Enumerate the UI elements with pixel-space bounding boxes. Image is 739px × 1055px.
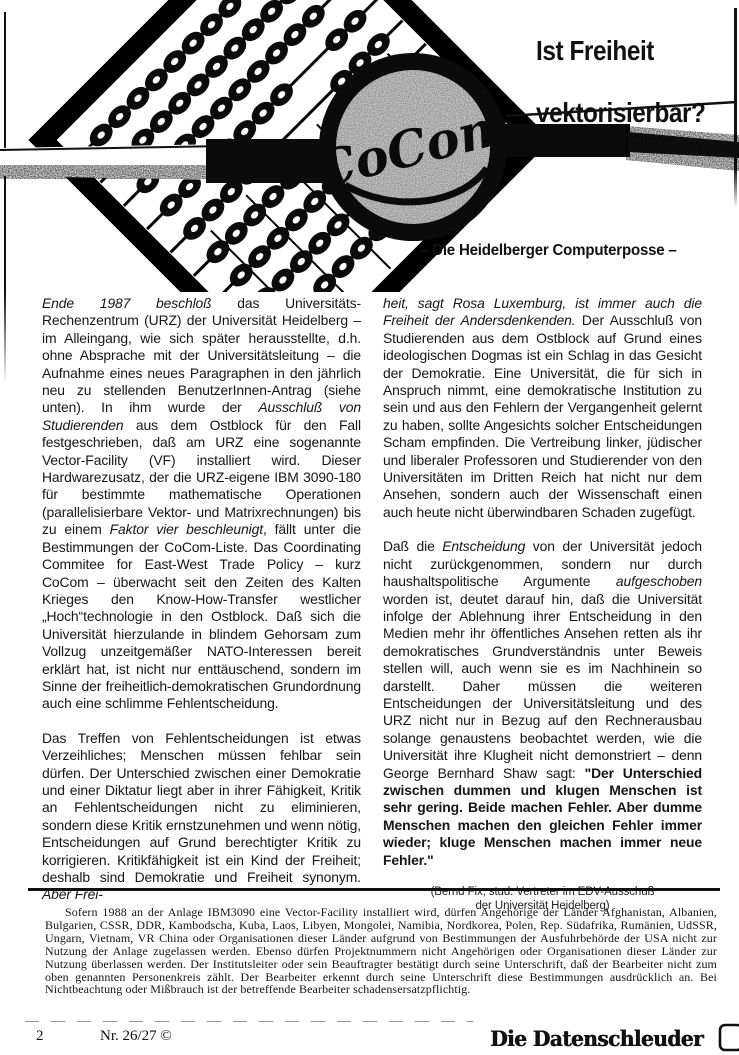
article-column-left: Ende 1987 beschloß das Universitäts-Rech… — [42, 295, 361, 921]
article-body: Ende 1987 beschloß das Universitäts-Rech… — [42, 295, 702, 921]
issue-number: Nr. 26/27 © — [100, 1028, 172, 1045]
headline-line-1: Ist Freiheit — [536, 36, 710, 66]
headline-line-2: vektorisierbar? — [536, 98, 710, 128]
section-divider-rule — [28, 888, 720, 891]
article-paragraph: Ende 1987 beschloß das Universitäts-Rech… — [42, 295, 361, 713]
article-paragraph: Daß die Entscheidung von der Universität… — [383, 538, 702, 869]
magazine-page: { "header": { "headline_line1": "Ist Fre… — [0, 0, 739, 1055]
magazine-logo: Die Datenschleuder — [490, 1022, 739, 1054]
page-number: 2 — [36, 1028, 44, 1045]
article-paragraph: heit, sagt Rosa Luxemburg, ist immer auc… — [383, 295, 702, 521]
paper-slinger-icon — [718, 1022, 739, 1054]
footer-rule — [25, 1021, 473, 1022]
article-column-right: heit, sagt Rosa Luxemburg, ist immer auc… — [383, 295, 702, 921]
footnote-text: Sofern 1988 an der Anlage IBM3090 eine V… — [45, 906, 717, 996]
subtitle: – Die Heidelberger Computerposse – — [420, 242, 721, 260]
magazine-logo-text: Die Datenschleuder — [490, 1026, 703, 1051]
article-paragraph: Das Treffen von Fehlentscheidungen ist e… — [42, 730, 361, 904]
page-title: Ist Freiheit vektorisierbar? — [536, 36, 710, 128]
